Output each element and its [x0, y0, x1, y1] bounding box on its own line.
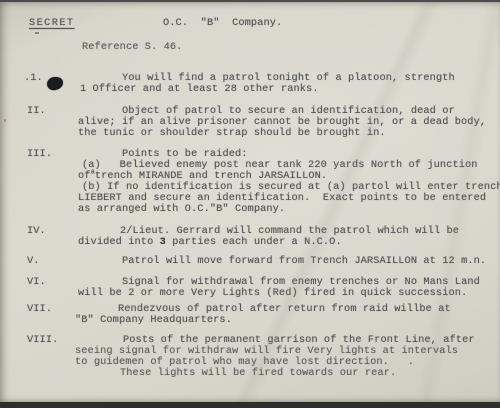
- reference-line: Reference S. 46.: [82, 42, 182, 53]
- item-7-line-2: "B" Company Headquarters.: [75, 315, 232, 326]
- item-8-numeral: VIII.: [27, 335, 58, 346]
- document-paper: SECRET O.C. "B" Company. Reference S. 46…: [0, 2, 500, 402]
- item-1-line-2: 1 Officer and at least 28 other ranks.: [80, 84, 319, 95]
- item-7-numeral: VII.: [27, 304, 52, 315]
- item-2-line-3: the tunic or shoulder strap should be br…: [78, 128, 386, 139]
- classification-stamp: SECRET: [29, 18, 74, 29]
- item-6-line-2: will be 2 or more Very Lights (Red) fire…: [78, 288, 467, 299]
- item-3-numeral: III.: [27, 149, 52, 160]
- item-4-line-2: divided into 3 parties each under a N.C.…: [78, 237, 342, 248]
- item-5-line-1: Patrol will move forward from Trench JAR…: [122, 256, 486, 267]
- item-2-numeral: II.: [27, 106, 46, 117]
- item-8-line-4: These lights will be fired towards our r…: [120, 368, 396, 379]
- item-5-numeral: V.: [27, 256, 40, 267]
- ink-blot: [46, 76, 64, 91]
- item-4-numeral: IV.: [27, 226, 46, 237]
- item-3-line-6: as arranged with O.C."B" Company.: [78, 204, 285, 215]
- text-segment: divided into: [78, 236, 160, 248]
- paper-speck: [4, 119, 6, 122]
- stray-typewriter-mark: [35, 32, 39, 34]
- item-6-numeral: VI.: [27, 277, 46, 288]
- item-1-numeral: .1.: [24, 73, 43, 84]
- text-segment: parties each under a N.C.O.: [166, 236, 342, 248]
- addressee-line: O.C. "B" Company.: [163, 18, 282, 29]
